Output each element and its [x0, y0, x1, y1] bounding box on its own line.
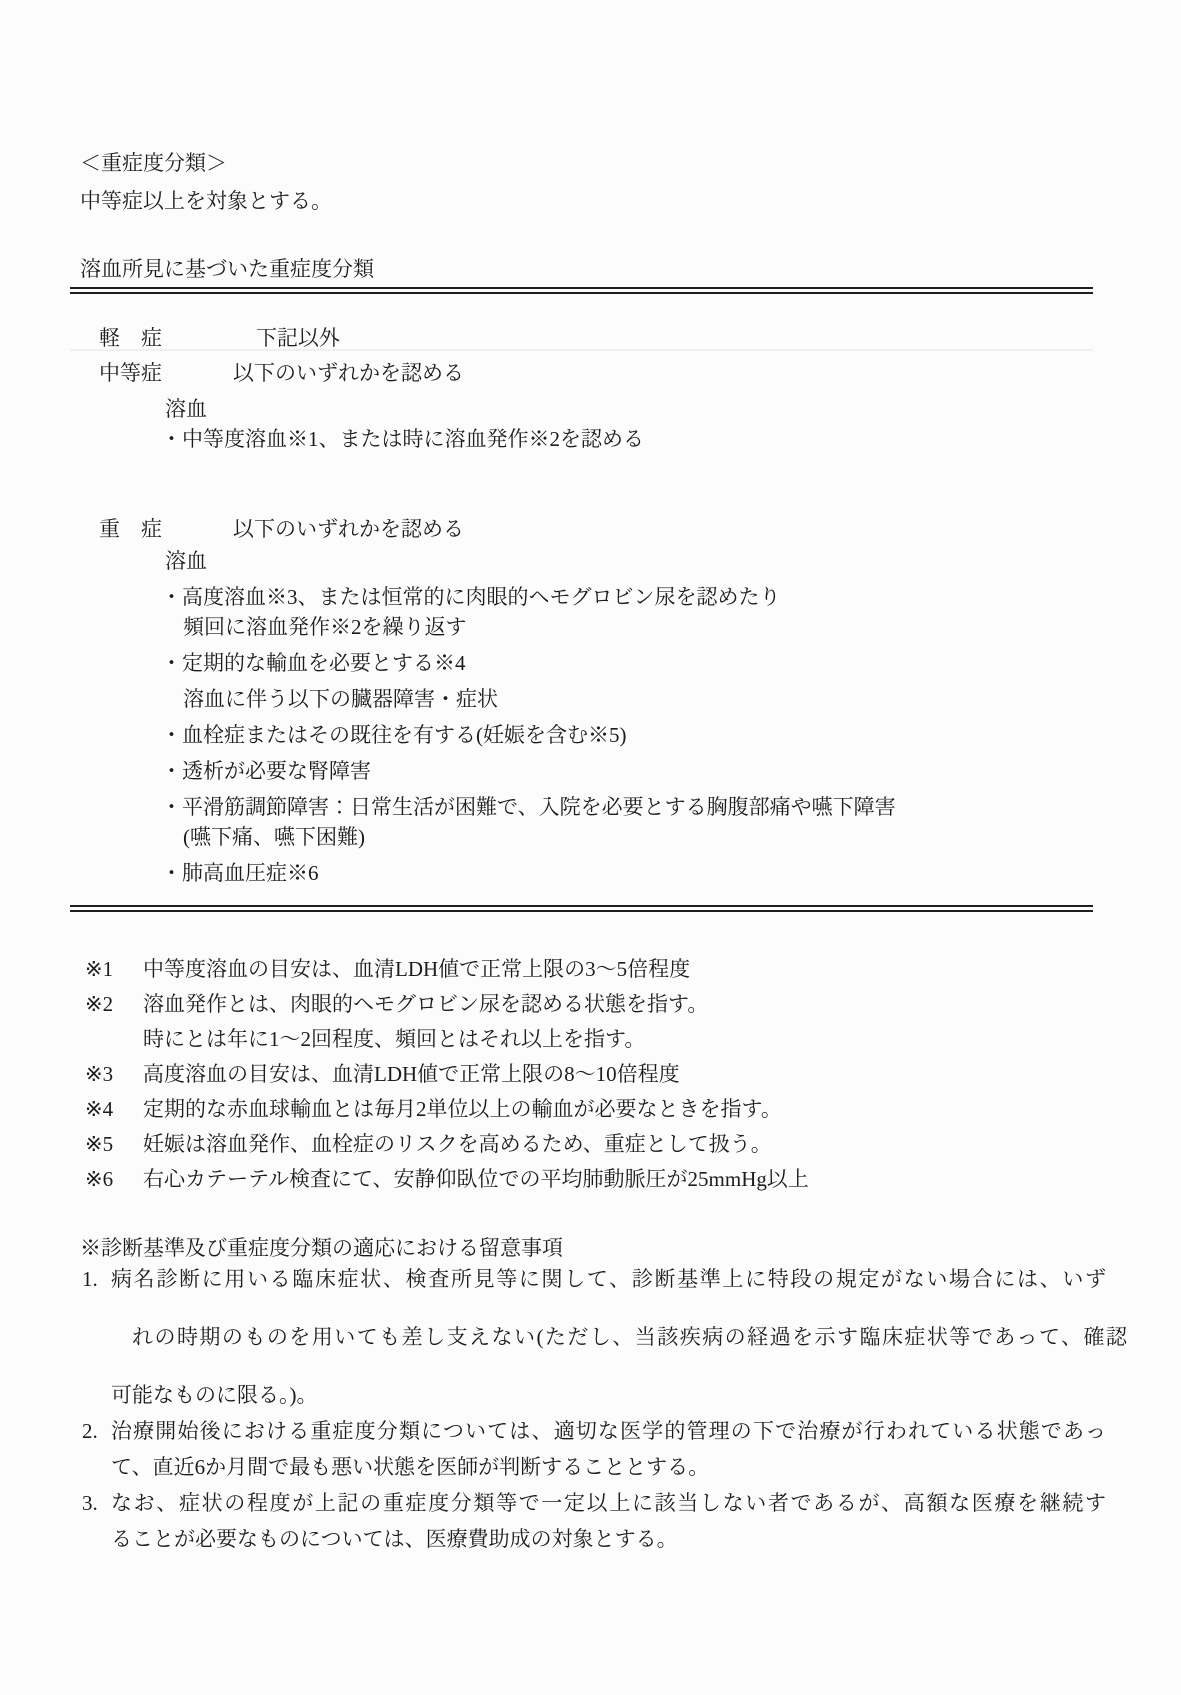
- footnote-6: ※6 右心カテーテル検査にて、安静仰臥位での平均肺動脈圧が25mmHg以上: [80, 1168, 1106, 1190]
- criteria-line: ・中等度溶血※1、または時に溶血発作※2を認める: [80, 428, 1106, 450]
- criteria-line-continuation: (嚥下痛、嚥下困難): [80, 826, 1106, 848]
- footnote-marker: ※3: [85, 1063, 143, 1085]
- criteria-line: ・定期的な輸血を必要とする※4: [80, 652, 1106, 674]
- group-heading-hemolysis: 溶血: [80, 398, 1106, 420]
- note-item-2-continuation: て、直近6か月間で最も悪い状態を医師が判断することとする。: [80, 1456, 1106, 1478]
- footnote-text: 右心カテーテル検査にて、安静仰臥位での平均肺動脈圧が25mmHg以上: [143, 1168, 809, 1190]
- page-title: ＜重症度分類＞: [80, 152, 1106, 174]
- table-top-rule: [70, 287, 1093, 294]
- footnote-marker: ※5: [85, 1133, 143, 1155]
- footnote-marker: ※2: [85, 993, 143, 1015]
- note-item-2: 2. 治療開始後における重症度分類については、適切な医学的管理の下で治療が行われ…: [80, 1420, 1106, 1442]
- footnote-marker: ※1: [85, 958, 143, 980]
- footnote-3: ※3 高度溶血の目安は、血清LDH値で正常上限の8〜10倍程度: [80, 1063, 1106, 1085]
- severity-table-title: 溶血所見に基づいた重症度分類: [80, 258, 1106, 280]
- footnote-text: 高度溶血の目安は、血清LDH値で正常上限の8〜10倍程度: [143, 1063, 680, 1085]
- footnote-5: ※5 妊娠は溶血発作、血栓症のリスクを高めるため、重症として扱う。: [80, 1133, 1106, 1155]
- note-item-1-continuation: れの時期のものを用いても差し支えない(ただし、当該疾病の経過を示す臨床症状等であ…: [80, 1304, 1106, 1370]
- grade-condition-moderate: 以下のいずれかを認める: [233, 362, 464, 384]
- note-number: 2.: [82, 1420, 111, 1442]
- grade-row-moderate: 中等症 以下のいずれかを認める: [80, 362, 1106, 384]
- criteria-line: ・血栓症またはその既往を有する(妊娠を含む※5): [80, 724, 1106, 746]
- criteria-line: ・高度溶血※3、または恒常的に肉眼的ヘモグロビン尿を認めたり: [80, 586, 1106, 608]
- note-item-1: 1. 病名診断に用いる臨床症状、検査所見等に関して、診断基準上に特段の規定がない…: [80, 1268, 1106, 1290]
- note-item-3-continuation: ることが必要なものについては、医療費助成の対象とする。: [80, 1528, 1106, 1550]
- grade-condition-mild: 下記以外: [233, 327, 340, 349]
- note-line-text: れの時期のものを用いても差し支えない(ただし、当該疾病の経過を示す臨床症状等であ…: [132, 1326, 1127, 1348]
- footnote-2-continuation: 時にとは年に1〜2回程度、頻回とはそれ以上を指す。: [80, 1028, 1106, 1050]
- footnote-text: 中等度溶血の目安は、血清LDH値で正常上限の3〜5倍程度: [143, 958, 690, 980]
- footnote-text: 溶血発作とは、肉眼的ヘモグロビン尿を認める状態を指す。: [143, 993, 708, 1015]
- footnote-marker: ※4: [85, 1098, 143, 1120]
- note-line-text: なお、症状の程度が上記の重症度分類等で一定以上に該当しない者であるが、高額な医療…: [111, 1492, 1106, 1514]
- row-divider: [70, 349, 1093, 351]
- footnote-2: ※2 溶血発作とは、肉眼的ヘモグロビン尿を認める状態を指す。: [80, 993, 1106, 1015]
- document-page: ＜重症度分類＞ 中等症以上を対象とする。 溶血所見に基づいた重症度分類 軽 症 …: [0, 0, 1181, 1695]
- footnote-text: 妊娠は溶血発作、血栓症のリスクを高めるため、重症として扱う。: [143, 1133, 772, 1155]
- note-number: 1.: [82, 1268, 111, 1290]
- criteria-line: ・平滑筋調節障害：日常生活が困難で、入院を必要とする胸腹部痛や嚥下障害: [80, 796, 1106, 818]
- grade-label-moderate: 中等症: [99, 362, 233, 384]
- note-item-1-continuation: 可能なものに限る。)。: [80, 1384, 1106, 1406]
- grade-label-mild: 軽 症: [99, 327, 233, 349]
- grade-label-severe: 重 症: [99, 518, 233, 540]
- criteria-line: ・肺高血圧症※6: [80, 862, 1106, 884]
- note-number: 3.: [82, 1492, 111, 1514]
- grade-row-mild: 軽 症 下記以外: [80, 327, 1106, 349]
- criteria-line-continuation: 頻回に溶血発作※2を繰り返す: [80, 616, 1106, 638]
- notes-title: ※診断基準及び重症度分類の適応における留意事項: [80, 1237, 1106, 1259]
- footnote-1: ※1 中等度溶血の目安は、血清LDH値で正常上限の3〜5倍程度: [80, 958, 1106, 980]
- table-bottom-rule: [70, 905, 1093, 912]
- scope-text: 中等症以上を対象とする。: [80, 190, 1106, 212]
- group-heading-hemolysis-severe: 溶血: [80, 550, 1106, 572]
- footnote-text: 定期的な赤血球輸血とは毎月2単位以上の輸血が必要なときを指す。: [143, 1098, 782, 1120]
- grade-condition-severe: 以下のいずれかを認める: [233, 518, 464, 540]
- footnote-4: ※4 定期的な赤血球輸血とは毎月2単位以上の輸血が必要なときを指す。: [80, 1098, 1106, 1120]
- grade-row-severe: 重 症 以下のいずれかを認める: [80, 518, 1106, 540]
- footnote-marker: ※6: [85, 1168, 143, 1190]
- note-item-3: 3. なお、症状の程度が上記の重症度分類等で一定以上に該当しない者であるが、高額…: [80, 1492, 1106, 1514]
- note-line-text: 治療開始後における重症度分類については、適切な医学的管理の下で治療が行われている…: [111, 1420, 1106, 1442]
- criteria-line: ・透析が必要な腎障害: [80, 760, 1106, 782]
- note-line-text: 病名診断に用いる臨床症状、検査所見等に関して、診断基準上に特段の規定がない場合に…: [111, 1268, 1106, 1290]
- criteria-subheading: 溶血に伴う以下の臓器障害・症状: [80, 688, 1106, 710]
